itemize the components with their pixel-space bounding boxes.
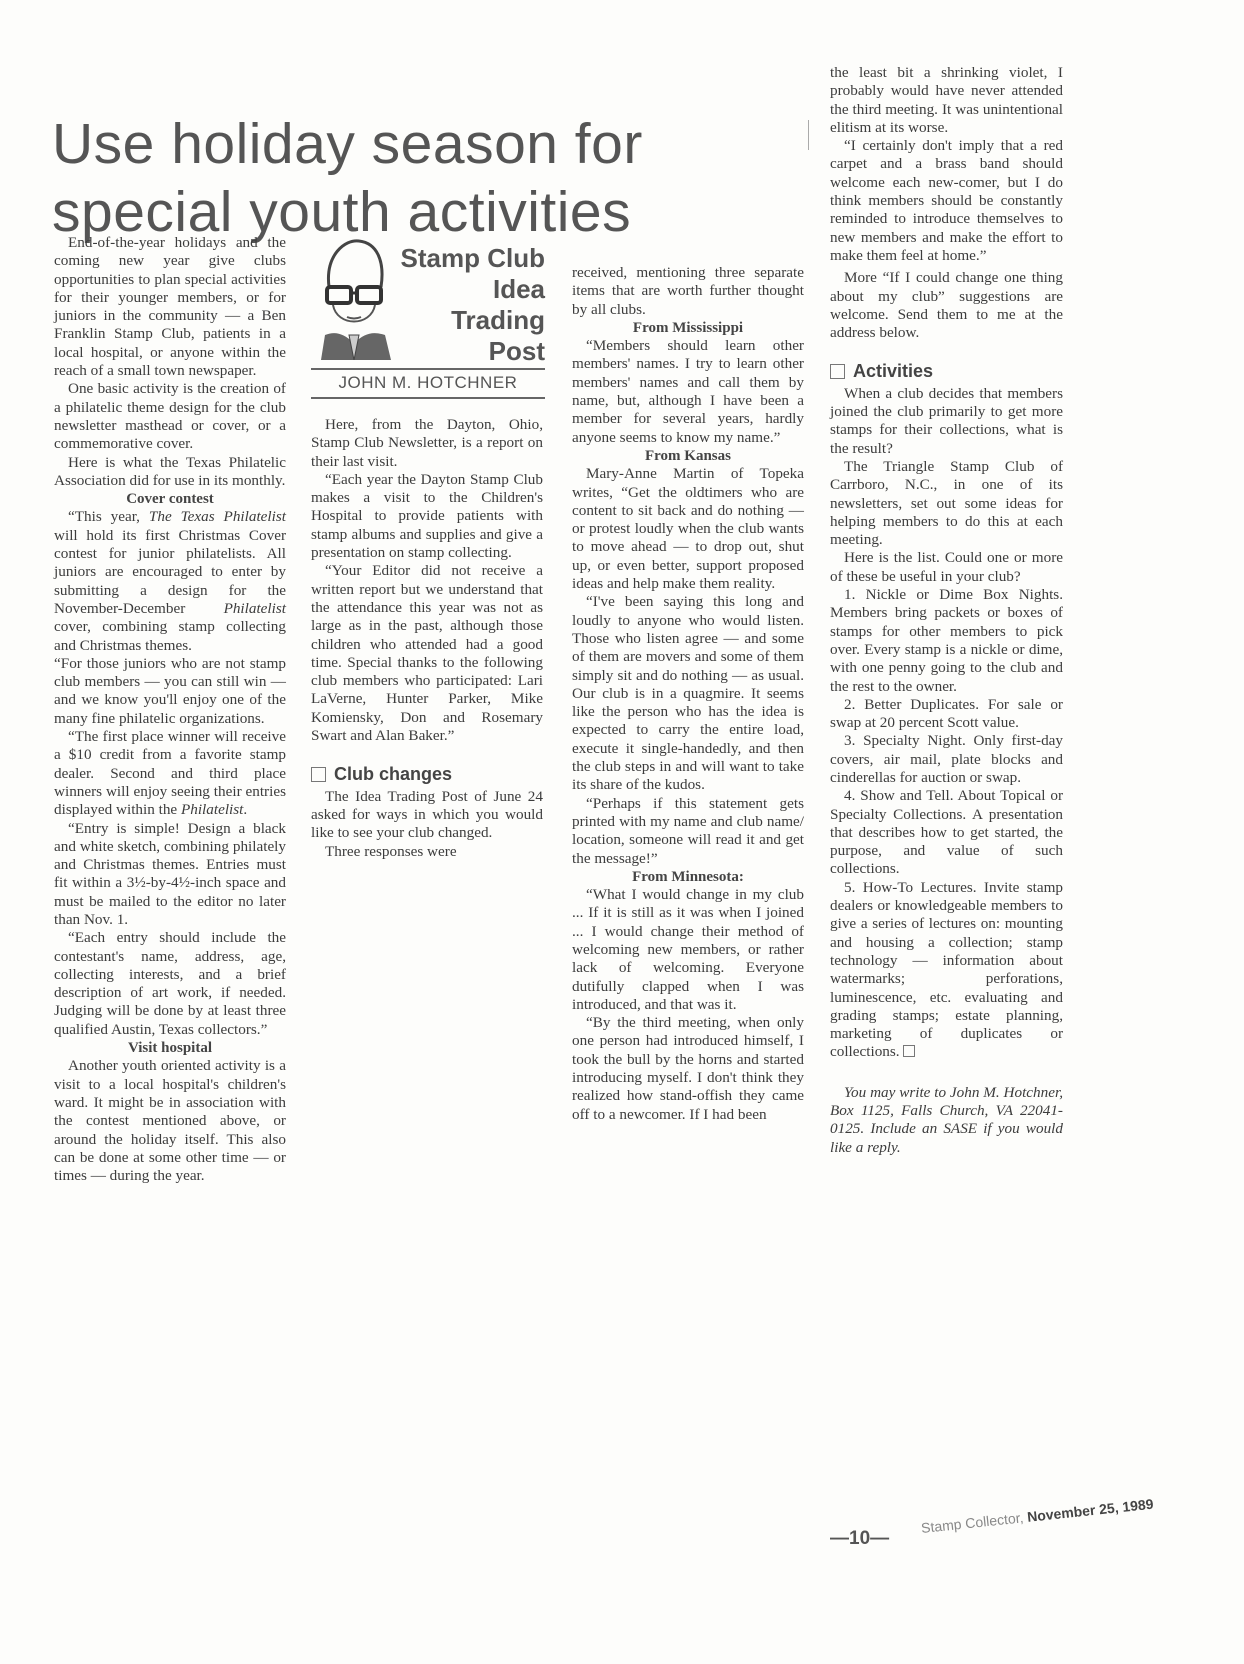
paragraph: “Your Editor did not receive a written r… — [311, 562, 543, 745]
paragraph: Here is the list. Could one or more of t… — [830, 549, 1063, 586]
paragraph: The Idea Trading Post of June 24 asked f… — [311, 788, 543, 843]
author-contact: You may write to John M. Hotchner, Box 1… — [830, 1084, 1063, 1157]
subhead-cover-contest: Cover contest — [54, 490, 286, 508]
section-head-club-changes: Club changes — [311, 765, 543, 783]
paragraph: Mary-Anne Martin of Topeka writes, “Get … — [572, 465, 804, 593]
paragraph: More “If I could change one thing about … — [830, 269, 1063, 342]
checkbox-square-icon — [311, 767, 326, 782]
paragraph: the least bit a shrinking violet, I prob… — [830, 64, 1063, 137]
section-head-activities: Activities — [830, 362, 1063, 380]
list-item: 2. Better Duplicates. For sale or swap a… — [830, 696, 1063, 733]
divider — [311, 397, 545, 399]
publication-line: Stamp Collector, November 25, 1989 — [920, 1496, 1154, 1536]
end-mark-icon — [903, 1045, 915, 1057]
divider — [311, 368, 545, 370]
paragraph: “The first place winner will receive a $… — [54, 728, 286, 819]
page-number: —10— — [830, 1528, 889, 1550]
paragraph: Here is what the Texas Philatelic Associ… — [54, 454, 286, 491]
list-item: 5. How-To Lectures. Invite stamp dealers… — [830, 879, 1063, 1062]
paragraph: One basic activity is the creation of a … — [54, 380, 286, 453]
checkbox-square-icon — [830, 364, 845, 379]
paragraph: “This year, The Texas Philatelist will h… — [54, 508, 286, 654]
paragraph: received, mentioning three separate item… — [572, 264, 804, 319]
list-item: 3. Specialty Night. Only first-day cover… — [830, 732, 1063, 787]
margin-mark — [808, 120, 809, 150]
author-portrait-icon — [315, 235, 393, 360]
paragraph: “I've been saying this long and loudly t… — [572, 593, 804, 794]
column-4: the least bit a shrinking violet, I prob… — [830, 64, 1063, 1157]
paragraph: Another youth oriented activity is a vis… — [54, 1057, 286, 1185]
headline: Use holiday season for special youth act… — [52, 110, 752, 246]
subhead-kansas: From Kansas — [572, 447, 804, 465]
paragraph: “For those juniors who are not stamp clu… — [54, 655, 286, 728]
list-item: 4. Show and Tell. About Topical or Speci… — [830, 787, 1063, 878]
paragraph: Here, from the Dayton, Ohio, Stamp Club … — [311, 416, 543, 471]
paragraph: Three responses were — [311, 843, 543, 861]
paragraph: “By the third meeting, when only one per… — [572, 1014, 804, 1124]
paragraph: “Each year the Dayton Stamp Club makes a… — [311, 471, 543, 562]
column-title: Stamp Club Idea Trading Post — [401, 243, 545, 367]
paragraph: “Each entry should include the contestan… — [54, 929, 286, 1039]
publication-date: November 25, 1989 — [1026, 1496, 1154, 1525]
paragraph: “I certainly don't imply that a red carp… — [830, 137, 1063, 265]
list-item: 1. Nickle or Dime Box Nights. Members br… — [830, 586, 1063, 696]
subhead-visit-hospital: Visit hospital — [54, 1039, 286, 1057]
byline: JOHN M. HOTCHNER — [311, 373, 545, 393]
paragraph: “Members should learn other members' nam… — [572, 337, 804, 447]
subhead-mississippi: From Mississippi — [572, 319, 804, 337]
paragraph: End-of-the-year holidays and the coming … — [54, 234, 286, 380]
column-logo: Stamp Club Idea Trading Post JOHN M. HOT… — [311, 235, 545, 405]
column-3: received, mentioning three separate item… — [572, 264, 804, 1124]
paragraph: “Perhaps if this statement gets printed … — [572, 795, 804, 868]
column-2: Here, from the Dayton, Ohio, Stamp Club … — [311, 416, 543, 861]
paragraph: “What I would change in my club ... If i… — [572, 886, 804, 1014]
paragraph: The Triangle Stamp Club of Carrboro, N.C… — [830, 458, 1063, 549]
paragraph: When a club decides that members joined … — [830, 385, 1063, 458]
page-footer: —10— Stamp Collector, November 25, 1989 — [830, 1500, 1210, 1550]
paragraph: “Entry is simple! Design a black and whi… — [54, 820, 286, 930]
subhead-minnesota: From Minnesota: — [572, 868, 804, 886]
column-1: End-of-the-year holidays and the coming … — [54, 234, 286, 1185]
